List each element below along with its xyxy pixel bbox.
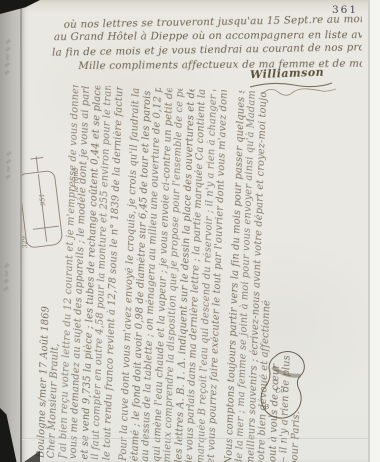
flask-label-top: Ca xyxy=(275,386,285,395)
adjacent-page-edge: ∿∿∾∿∿ ∿∾∿∿ ∿∿∾∿ xyxy=(0,0,22,462)
basin-sketch: 951 329 xyxy=(22,150,70,258)
closing-note: où nos lettres se trouveront jusqu'au 15… xyxy=(52,13,363,74)
basin-label-inside: 951 xyxy=(38,193,47,206)
basin-caption: le fond xyxy=(72,146,80,192)
letter-paper: 361 où nos lettres se trouveront jusqu'a… xyxy=(22,0,370,462)
flask-sketch: Ca B xyxy=(246,348,320,434)
fold-line xyxy=(22,438,370,440)
bleed-through-writing: ∿∿∾∿ xyxy=(1,262,11,293)
bleed-through-writing: ∿∾∿∿ xyxy=(3,150,13,181)
scanned-letter-page: ∿∿∾∿∿ ∿∾∿∿ ∿∿∾∿ 361 où nos lettres se tr… xyxy=(0,0,380,462)
paper-right-edge xyxy=(368,0,370,462)
bleed-through-writing: ∿∿∾∿∿ xyxy=(2,38,12,77)
flask-label-bottom: B xyxy=(263,403,270,412)
basin-label-outside: 329 xyxy=(22,236,29,249)
